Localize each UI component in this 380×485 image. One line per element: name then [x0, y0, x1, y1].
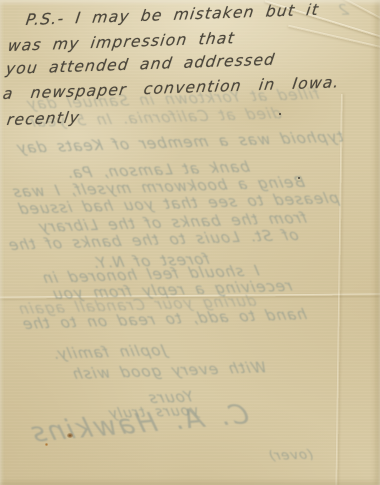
bleedthrough-text: With every good wish — [70, 358, 268, 383]
foxing-spot — [45, 443, 48, 446]
postscript-line: P.S.- I may be mistaken but it — [25, 1, 321, 29]
postscript-line: recently — [6, 108, 81, 129]
bleedthrough-over-note: (over) — [268, 447, 330, 464]
postscript-line: you attended and addressed — [5, 51, 277, 79]
bleedthrough-line: typhoid was a member of Keats day — [16, 127, 351, 157]
crease-top-right — [288, 25, 380, 49]
postscript-line: was my impression that — [7, 29, 237, 55]
bleedthrough-text: typhoid was a member of Keats day — [14, 128, 345, 157]
bleedthrough-text: Joplin family. — [50, 341, 167, 363]
bleedthrough-text: (over) — [266, 447, 314, 463]
ink-speck — [298, 177, 300, 179]
bleedthrough-text: 2 — [336, 1, 350, 19]
bleedthrough-page-number: 2 — [338, 0, 373, 19]
foxing-spot — [67, 433, 73, 438]
letter-page: 2 filled at Yorktown in Samuel day died … — [0, 0, 380, 485]
ink-speck — [279, 113, 281, 115]
